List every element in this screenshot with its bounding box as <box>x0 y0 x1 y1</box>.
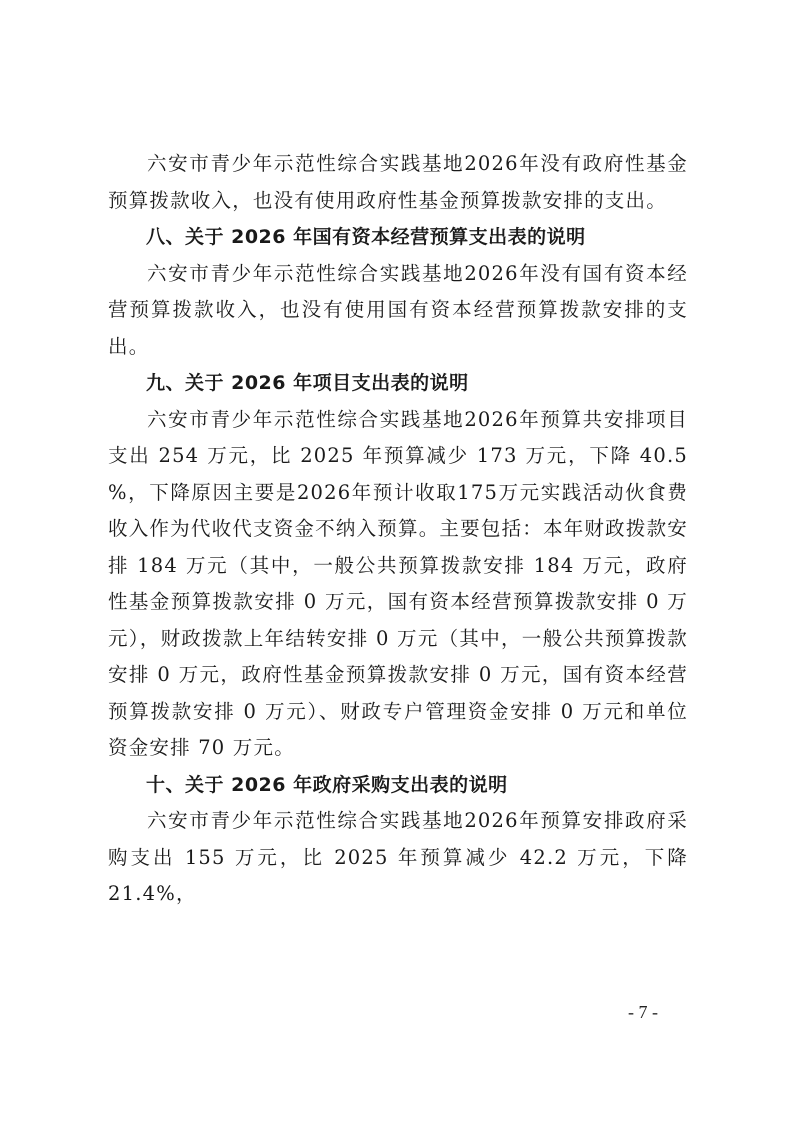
paragraph-gov-fund: 六安市青少年示范性综合实践基地2026年没有政府性基金预算拨款收入，也没有使用政… <box>108 146 688 219</box>
heading-section-9: 九、关于 2026 年项目支出表的说明 <box>108 365 688 402</box>
heading-section-8: 八、关于 2026 年国有资本经营预算支出表的说明 <box>108 219 688 256</box>
paragraph-project-expenditure: 六安市青少年示范性综合实践基地2026年预算共安排项目支出 254 万元，比 2… <box>108 402 688 767</box>
document-page: 六安市青少年示范性综合实践基地2026年没有政府性基金预算拨款收入，也没有使用政… <box>108 146 688 913</box>
paragraph-state-capital: 六安市青少年示范性综合实践基地2026年没有国有资本经营预算拨款收入，也没有使用… <box>108 256 688 366</box>
heading-section-10: 十、关于 2026 年政府采购支出表的说明 <box>108 767 688 804</box>
page-number: - 7 - <box>628 1002 658 1023</box>
paragraph-gov-procurement: 六安市青少年示范性综合实践基地2026年预算安排政府采购支出 155 万元，比 … <box>108 803 688 913</box>
